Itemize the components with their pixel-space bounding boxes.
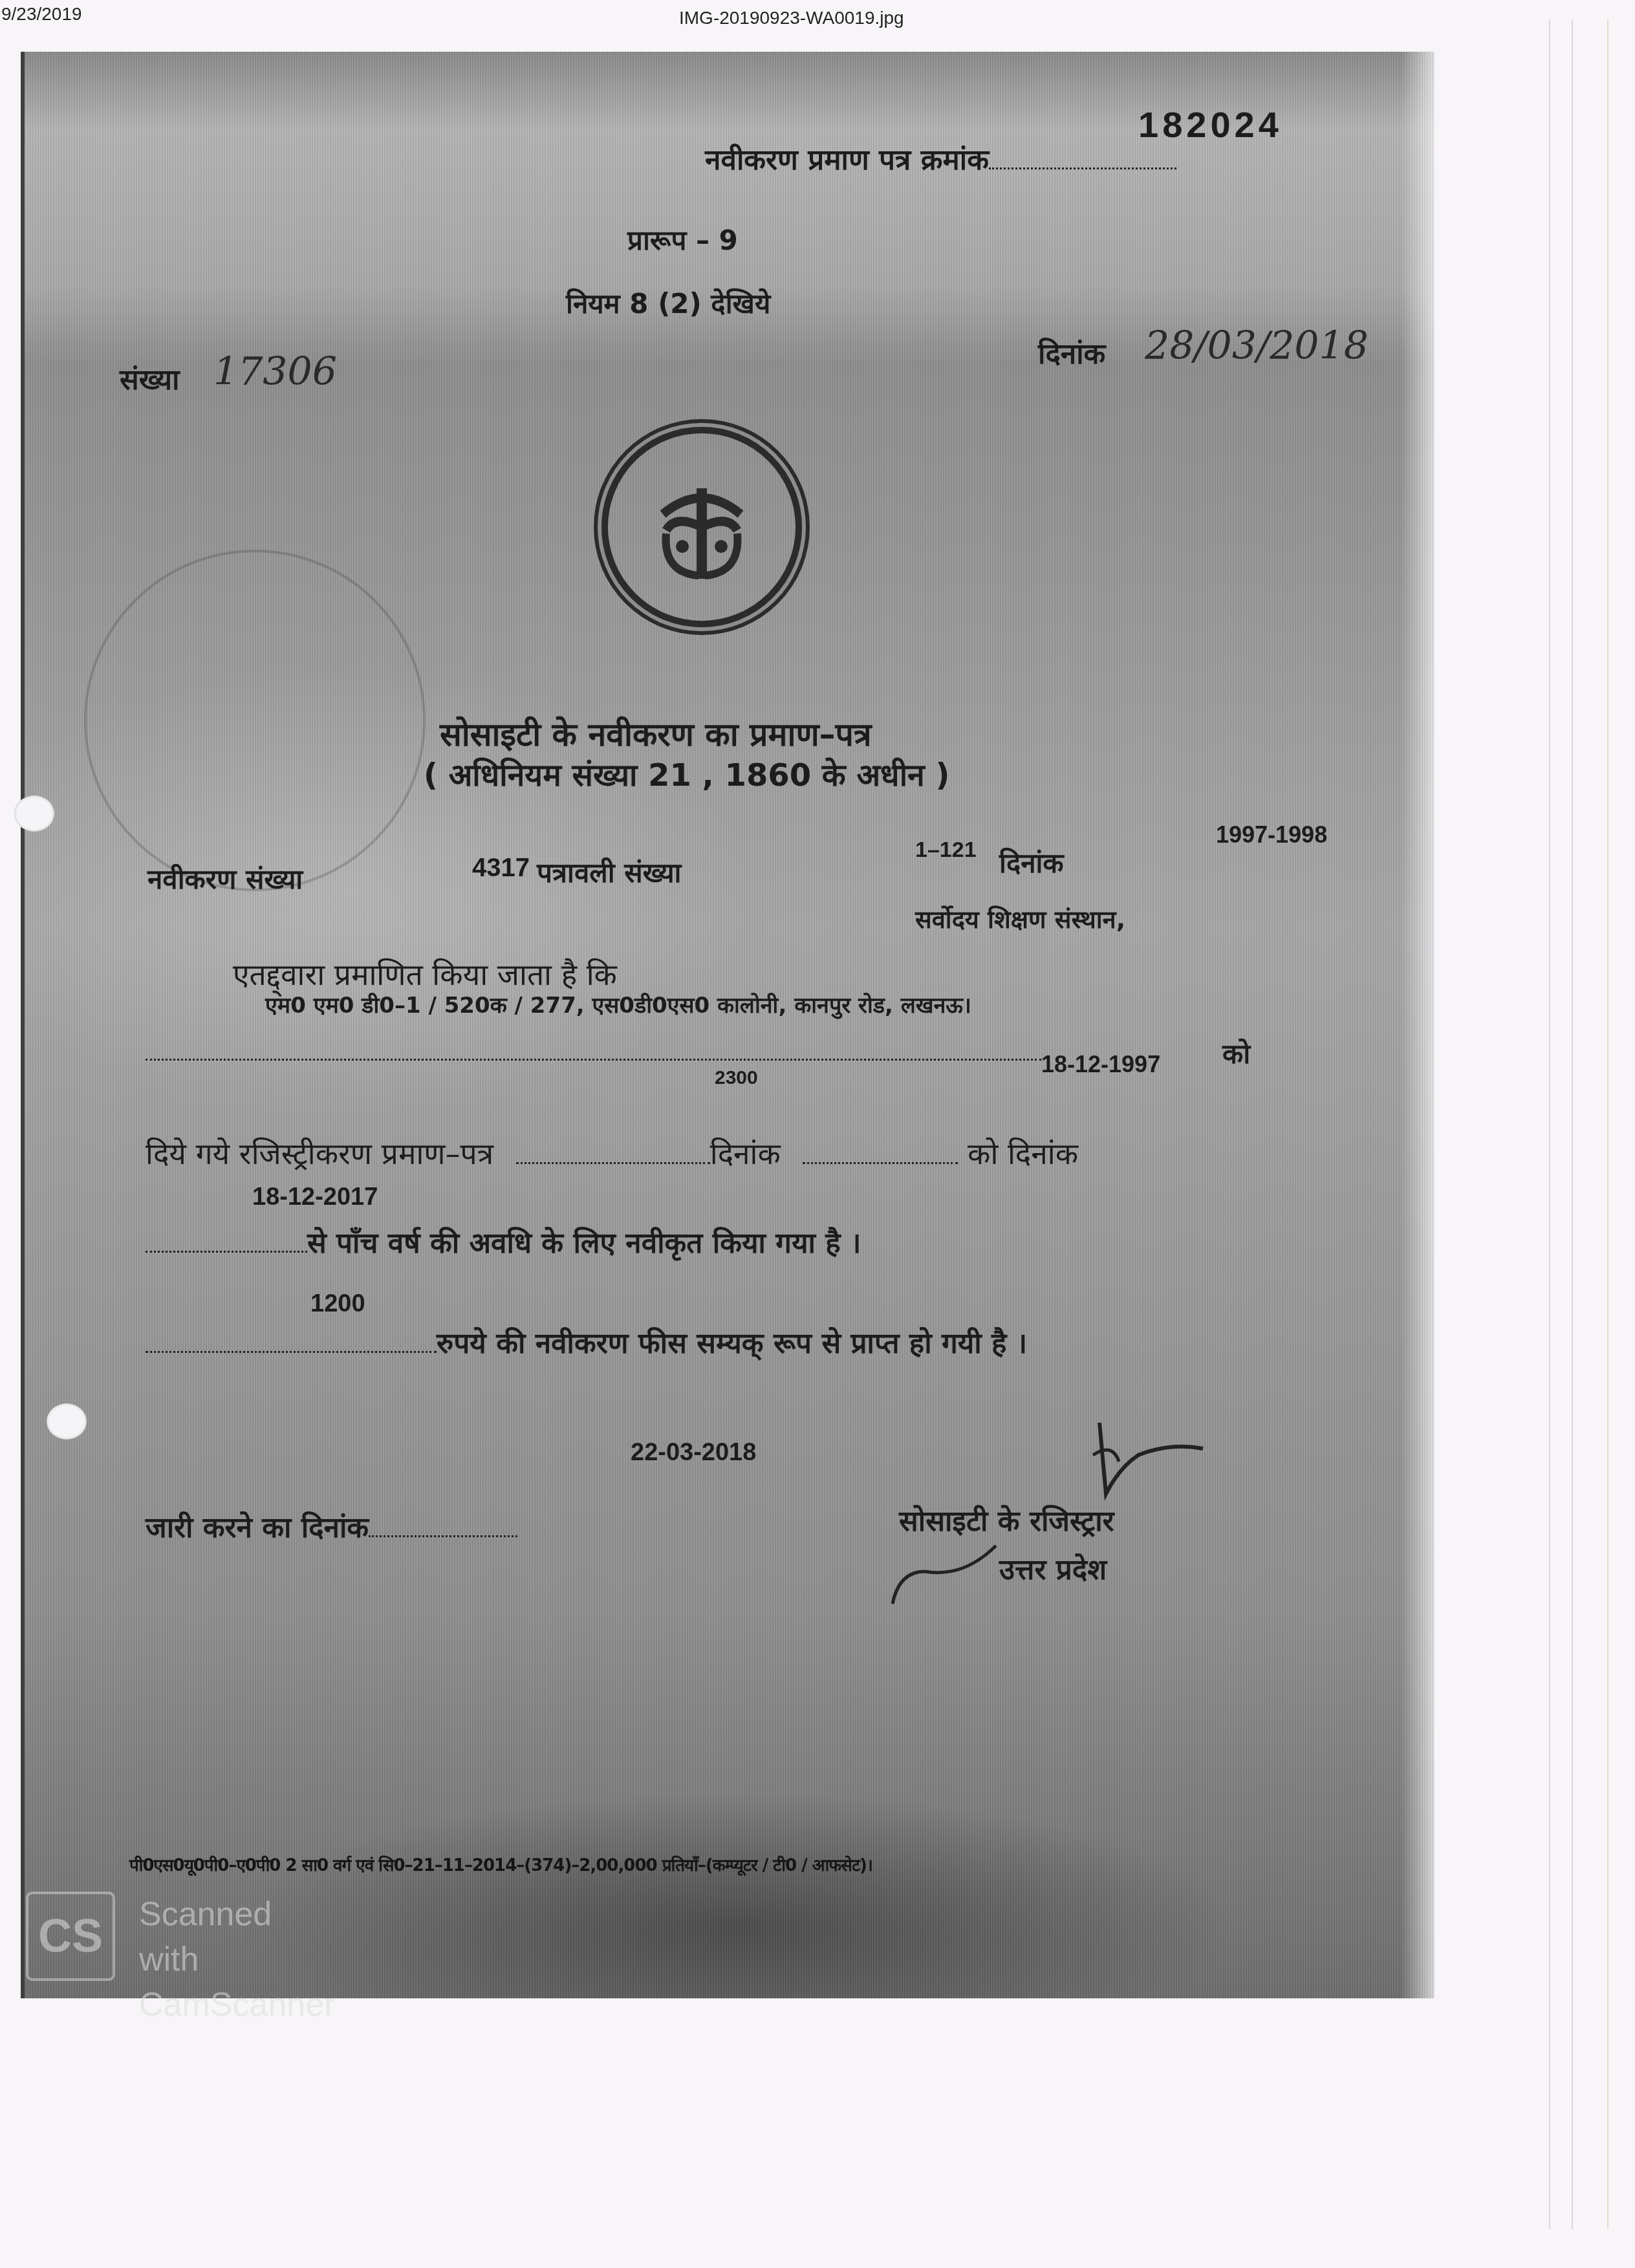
renewal-no-value: 4317	[472, 854, 530, 883]
fee-amount: 1200	[310, 1290, 365, 1318]
file-date-label: दिनांक	[999, 844, 1064, 881]
emblem-icon	[637, 462, 766, 592]
renewal-from-date: 18-12-2017	[252, 1183, 378, 1211]
certificate-subtitle: ( अधिनियम संख्या 21 , 1860 के अधीन )	[424, 753, 949, 795]
date-value-handwritten: 28/03/2018	[1145, 323, 1369, 369]
registrar-signature	[1041, 1416, 1248, 1513]
registrar-state: उत्तर प्रदेश	[999, 1549, 1107, 1588]
footer-print-line: पी0एस0यू0पी0–ए0पी0 2 सा0 वर्ग एवं सि0–21…	[129, 1853, 872, 1876]
registration-line	[146, 1051, 1041, 1063]
paper-edge	[1549, 19, 1550, 2229]
issue-date-value: 22-03-2018	[631, 1439, 756, 1467]
issue-date-line: जारी करने का दिनांक	[146, 1507, 517, 1546]
punch-hole	[47, 1403, 87, 1440]
certify-text: एतद्द्वारा प्रमाणित किया जाता है कि	[233, 954, 617, 994]
rule-label: नियम 8 (2) देखिये	[566, 285, 770, 321]
state-emblem	[601, 427, 802, 627]
society-address: एम0 एम0 डी0–1 / 520क / 277, एस0डी0एस0 का…	[265, 989, 971, 1019]
file-no-label: पत्रावली संख्या	[537, 854, 681, 891]
registrar-title: सोसाइटी के रजिस्ट्रार	[899, 1500, 1114, 1539]
paper-edge	[1572, 19, 1573, 2229]
registration-number: 2300	[715, 1067, 758, 1089]
form-label: प्रारूप – 9	[627, 221, 738, 258]
number-value-handwritten: 17306	[213, 349, 337, 394]
certificate-title: सोसाइटी के नवीकरण का प्रमाण–पत्र	[440, 711, 872, 755]
renewal-period-line: से पाँच वर्ष की अवधि के लिए नवीकृत किया …	[146, 1222, 861, 1261]
date-label: दिनांक	[1038, 333, 1105, 372]
issued-cert-line: दिये गये रजिस्ट्रीकरण प्रमाण–पत्र दिनांक…	[146, 1133, 1078, 1173]
society-name: सर्वोदय शिक्षण संस्थान,	[915, 902, 1125, 936]
serial-label: नवीकरण प्रमाण पत्र क्रमांक	[705, 139, 1176, 178]
signature-flourish	[886, 1539, 1002, 1610]
registration-suffix: को	[1222, 1035, 1250, 1072]
camscanner-logo-icon: CS	[26, 1892, 115, 1981]
print-file-title: IMG-20190923-WA0019.jpg	[679, 8, 904, 28]
punch-hole	[14, 795, 54, 832]
serial-number: 182024	[1138, 103, 1283, 146]
print-header: 9/23/2019 IMG-20190923-WA0019.jpg	[0, 0, 1635, 26]
number-label: संख्या	[120, 359, 179, 398]
registration-date: 18-12-1997	[1041, 1051, 1160, 1078]
fee-line: रुपये की नवीकरण फीस सम्यक् रूप से प्राप्…	[146, 1323, 1027, 1361]
paper-edge	[1607, 19, 1608, 2229]
print-date: 9/23/2019	[1, 4, 82, 25]
renewal-no-label: नवीकरण संख्या	[147, 860, 303, 897]
file-no-value: 1–121	[915, 837, 977, 863]
faint-round-stamp	[84, 550, 426, 891]
file-date-value: 1997-1998	[1216, 821, 1327, 848]
